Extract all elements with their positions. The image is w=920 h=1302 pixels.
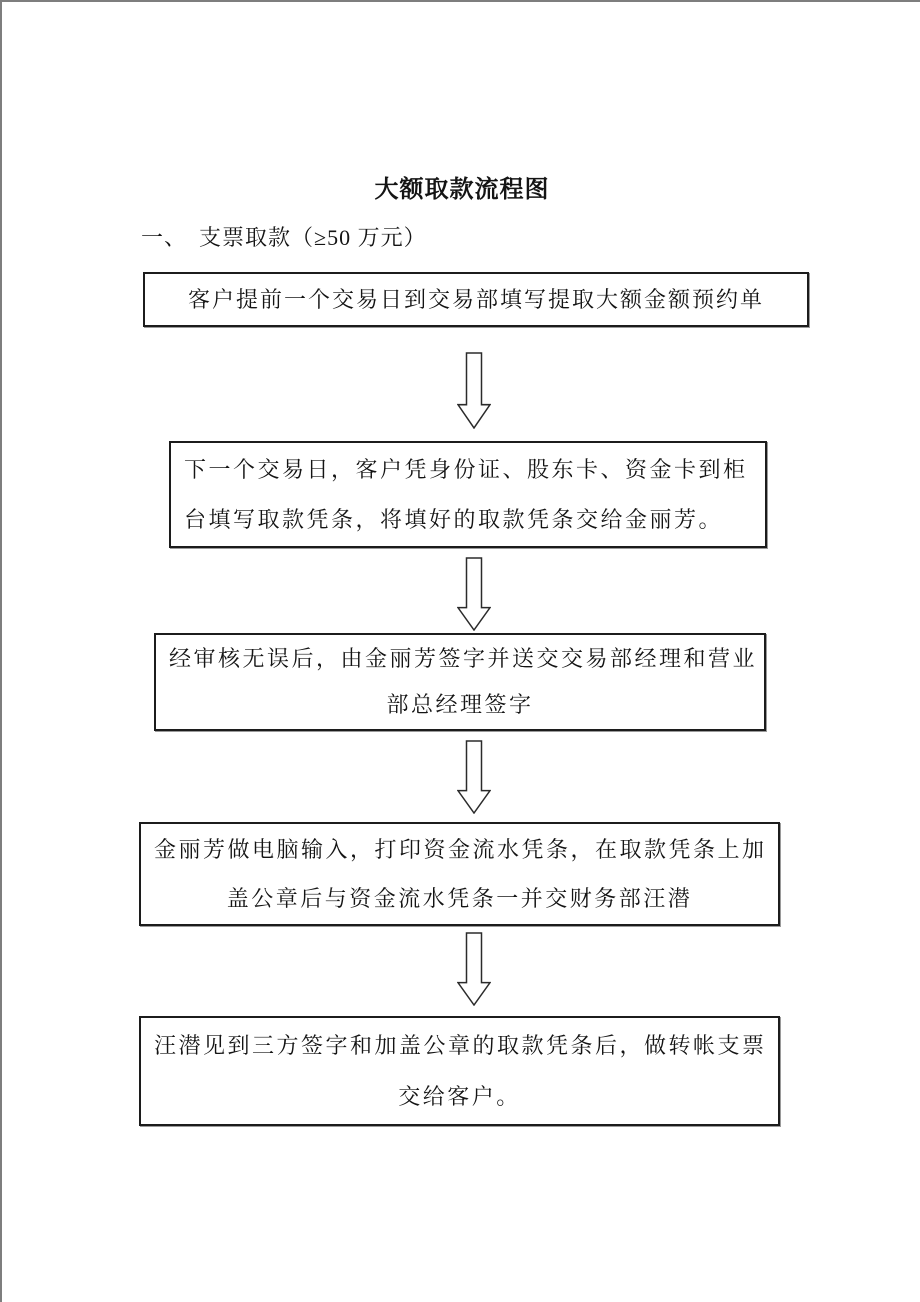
page-title: 大额取款流程图 [2,169,920,204]
flow-step-3-text-line2: 部总经理签字 [169,682,751,728]
section-heading: 一、 支票取款（≥50 万元） [141,221,427,252]
flow-step-4-text-line2: 盖公章后与资金流水凭条一并交财务部汪潜 [154,874,765,923]
flow-step-2: 下一个交易日，客户凭身份证、股东卡、资金卡到柜 台填写取款凭条，将填好的取款凭条… [169,441,767,548]
flow-step-4: 金丽芳做电脑输入，打印资金流水凭条，在取款凭条上加 盖公章后与资金流水凭条一并交… [139,822,780,926]
flow-step-5-text-line1: 汪潜见到三方签字和加盖公章的取款凭条后，做转帐支票 [154,1020,765,1071]
flow-step-3: 经审核无误后，由金丽芳签字并送交交易部经理和营业 部总经理签字 [154,633,766,731]
flow-step-1-text: 客户提前一个交易日到交易部填写提取大额金额预约单 [158,288,794,312]
flow-step-2-text-line2: 台填写取款凭条，将填好的取款凭条交给金丽芳。 [184,495,752,545]
down-arrow-icon [457,932,491,1006]
document-page: 大额取款流程图 一、 支票取款（≥50 万元） 客户提前一个交易日到交易部填写提… [0,0,920,1302]
flow-step-5: 汪潜见到三方签字和加盖公章的取款凭条后，做转帐支票 交给客户。 [139,1016,780,1126]
flow-step-4-text-line1: 金丽芳做电脑输入，打印资金流水凭条，在取款凭条上加 [154,825,765,874]
flow-step-1: 客户提前一个交易日到交易部填写提取大额金额预约单 [143,272,809,327]
down-arrow-icon [457,557,491,631]
flow-step-3-text-line1: 经审核无误后，由金丽芳签字并送交交易部经理和营业 [169,636,751,682]
flow-step-5-text-line2: 交给客户。 [154,1071,765,1122]
down-arrow-icon [457,352,491,429]
flow-step-2-text-line1: 下一个交易日，客户凭身份证、股东卡、资金卡到柜 [184,445,752,495]
down-arrow-icon [457,740,491,814]
